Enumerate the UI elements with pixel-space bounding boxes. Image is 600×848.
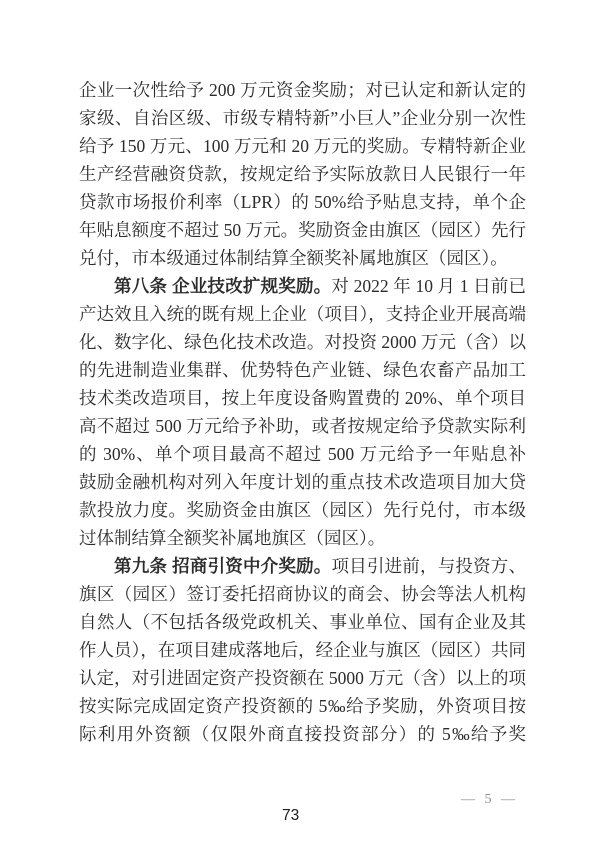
body-text-run: 产达效且入统的既有规上企业（项目），支持企业开展高端 — [79, 304, 526, 324]
text-line: 旗区（园区）签订委托招商协议的商会、协会等法人机构和 — [79, 580, 526, 608]
text-line: 过体制结算全额奖补属地旗区（园区）。 — [79, 524, 526, 552]
page-number: — 5 — — [461, 792, 518, 808]
text-line: 家级、自治区级、市级专精特新”小巨人”企业分别一次性 — [79, 104, 526, 132]
body-text-run: 家级、自治区级、市级专精特新”小巨人”企业分别一次性 — [79, 108, 526, 128]
body-text-run: 高不超过 500 万元给予补助，或者按规定给予贷款实际利息 — [79, 416, 526, 440]
body-text-run: 给予 150 万元、100 万元和 20 万元的奖励。专精特新企业的 — [79, 136, 526, 160]
text-line: 技术类改造项目，按上年度设备购置费的 20%、单个项目最 — [79, 384, 526, 412]
body-text-run: 旗区（园区）签订委托招商协议的商会、协会等法人机构和 — [79, 584, 526, 608]
body-text-run: 项目引进前，与投资方、 — [331, 556, 526, 576]
body-text-run: 自然人（不包括各级党政机关、事业单位、国有企业及其工 — [79, 612, 526, 636]
text-line: 给予 150 万元、100 万元和 20 万元的奖励。专精特新企业的 — [79, 132, 526, 160]
text-line: 化、数字化、绿色化技术改造。对投资 2000 万元（含）以上 — [79, 328, 526, 356]
text-line: 第八条 企业技改扩规奖励。对 2022 年 10 月 1 日前已投 — [79, 272, 526, 300]
text-line: 鼓励金融机构对列入年度计划的重点技术改造项目加大贷 — [79, 468, 526, 496]
text-line: 贷款市场报价利率（LPR）的 50%给予贴息支持，单个企业每 — [79, 188, 526, 216]
body-text-run: 生产经营融资贷款，按规定给予实际放款日人民银行一年期 — [79, 164, 526, 188]
text-line: 年贴息额度不超过 50 万元。奖励资金由旗区（园区）先行 — [79, 216, 526, 244]
body-text-run: 过体制结算全额奖补属地旗区（园区）。 — [79, 528, 385, 548]
body-text-run: 贷款市场报价利率（LPR）的 50%给予贴息支持，单个企业每 — [79, 192, 526, 216]
body-text-run: 款投放力度。奖励资金由旗区（园区）先行兑付，市本级通 — [79, 500, 526, 524]
text-line: 第九条 招商引资中介奖励。项目引进前，与投资方、 — [79, 552, 526, 580]
text-line: 作人员），在项目建成落地后，经企业与旗区（园区）共同 — [79, 636, 526, 664]
body-text-run: 作人员），在项目建成落地后，经企业与旗区（园区）共同 — [79, 640, 526, 660]
body-text-run: 的 30%、单个项目最高不超过 500 万元给予一年贴息补助。 — [79, 444, 526, 468]
text-line: 高不超过 500 万元给予补助，或者按规定给予贷款实际利息 — [79, 412, 526, 440]
text-line: 认定，对引进固定资产投资额在 5000 万元（含）以上的项目 — [79, 664, 526, 692]
text-line: 的先进制造业集群、优势特色产业链、绿色农畜产品加工的 — [79, 356, 526, 384]
body-text-run: 兑付，市本级通过体制结算全额奖补属地旗区（园区）。 — [79, 248, 508, 268]
body-text-run: 按实际完成固定资产投资额的 5‰给予奖励，外资项目按实 — [79, 696, 526, 720]
text-line: 按实际完成固定资产投资额的 5‰给予奖励，外资项目按实 — [79, 692, 526, 720]
text-line: 企业一次性给予 200 万元资金奖励；对已认定和新认定的国 — [79, 76, 526, 104]
body-text-run: 际利用外资额（仅限外商直接投资部分）的 5‰给予奖励， — [79, 724, 526, 748]
body-text-run: 年贴息额度不超过 50 万元。奖励资金由旗区（园区）先行 — [79, 220, 526, 240]
scan-page-number: 73 — [282, 807, 299, 825]
text-line: 产达效且入统的既有规上企业（项目），支持企业开展高端 — [79, 300, 526, 328]
bold-article-heading: 第八条 企业技改扩规奖励。 — [114, 276, 331, 296]
text-line: 的 30%、单个项目最高不超过 500 万元给予一年贴息补助。 — [79, 440, 526, 468]
body-text-run: 认定，对引进固定资产投资额在 5000 万元（含）以上的项目 — [79, 668, 526, 692]
document-page: 企业一次性给予 200 万元资金奖励；对已认定和新认定的国家级、自治区级、市级专… — [0, 0, 600, 848]
document-body: 企业一次性给予 200 万元资金奖励；对已认定和新认定的国家级、自治区级、市级专… — [79, 76, 526, 748]
bold-article-heading: 第九条 招商引资中介奖励。 — [114, 556, 331, 576]
body-text-run: 鼓励金融机构对列入年度计划的重点技术改造项目加大贷 — [79, 472, 526, 492]
text-line: 自然人（不包括各级党政机关、事业单位、国有企业及其工 — [79, 608, 526, 636]
body-text-run: 企业一次性给予 200 万元资金奖励；对已认定和新认定的国 — [79, 80, 526, 104]
text-line: 生产经营融资贷款，按规定给予实际放款日人民银行一年期 — [79, 160, 526, 188]
body-text-run: 技术类改造项目，按上年度设备购置费的 20%、单个项目最 — [79, 388, 526, 412]
text-line: 款投放力度。奖励资金由旗区（园区）先行兑付，市本级通 — [79, 496, 526, 524]
body-text-run: 的先进制造业集群、优势特色产业链、绿色农畜产品加工的 — [79, 360, 526, 384]
body-text-run: 化、数字化、绿色化技术改造。对投资 2000 万元（含）以上 — [79, 332, 526, 356]
text-line: 兑付，市本级通过体制结算全额奖补属地旗区（园区）。 — [79, 244, 526, 272]
text-line: 际利用外资额（仅限外商直接投资部分）的 5‰给予奖励， — [79, 720, 526, 748]
